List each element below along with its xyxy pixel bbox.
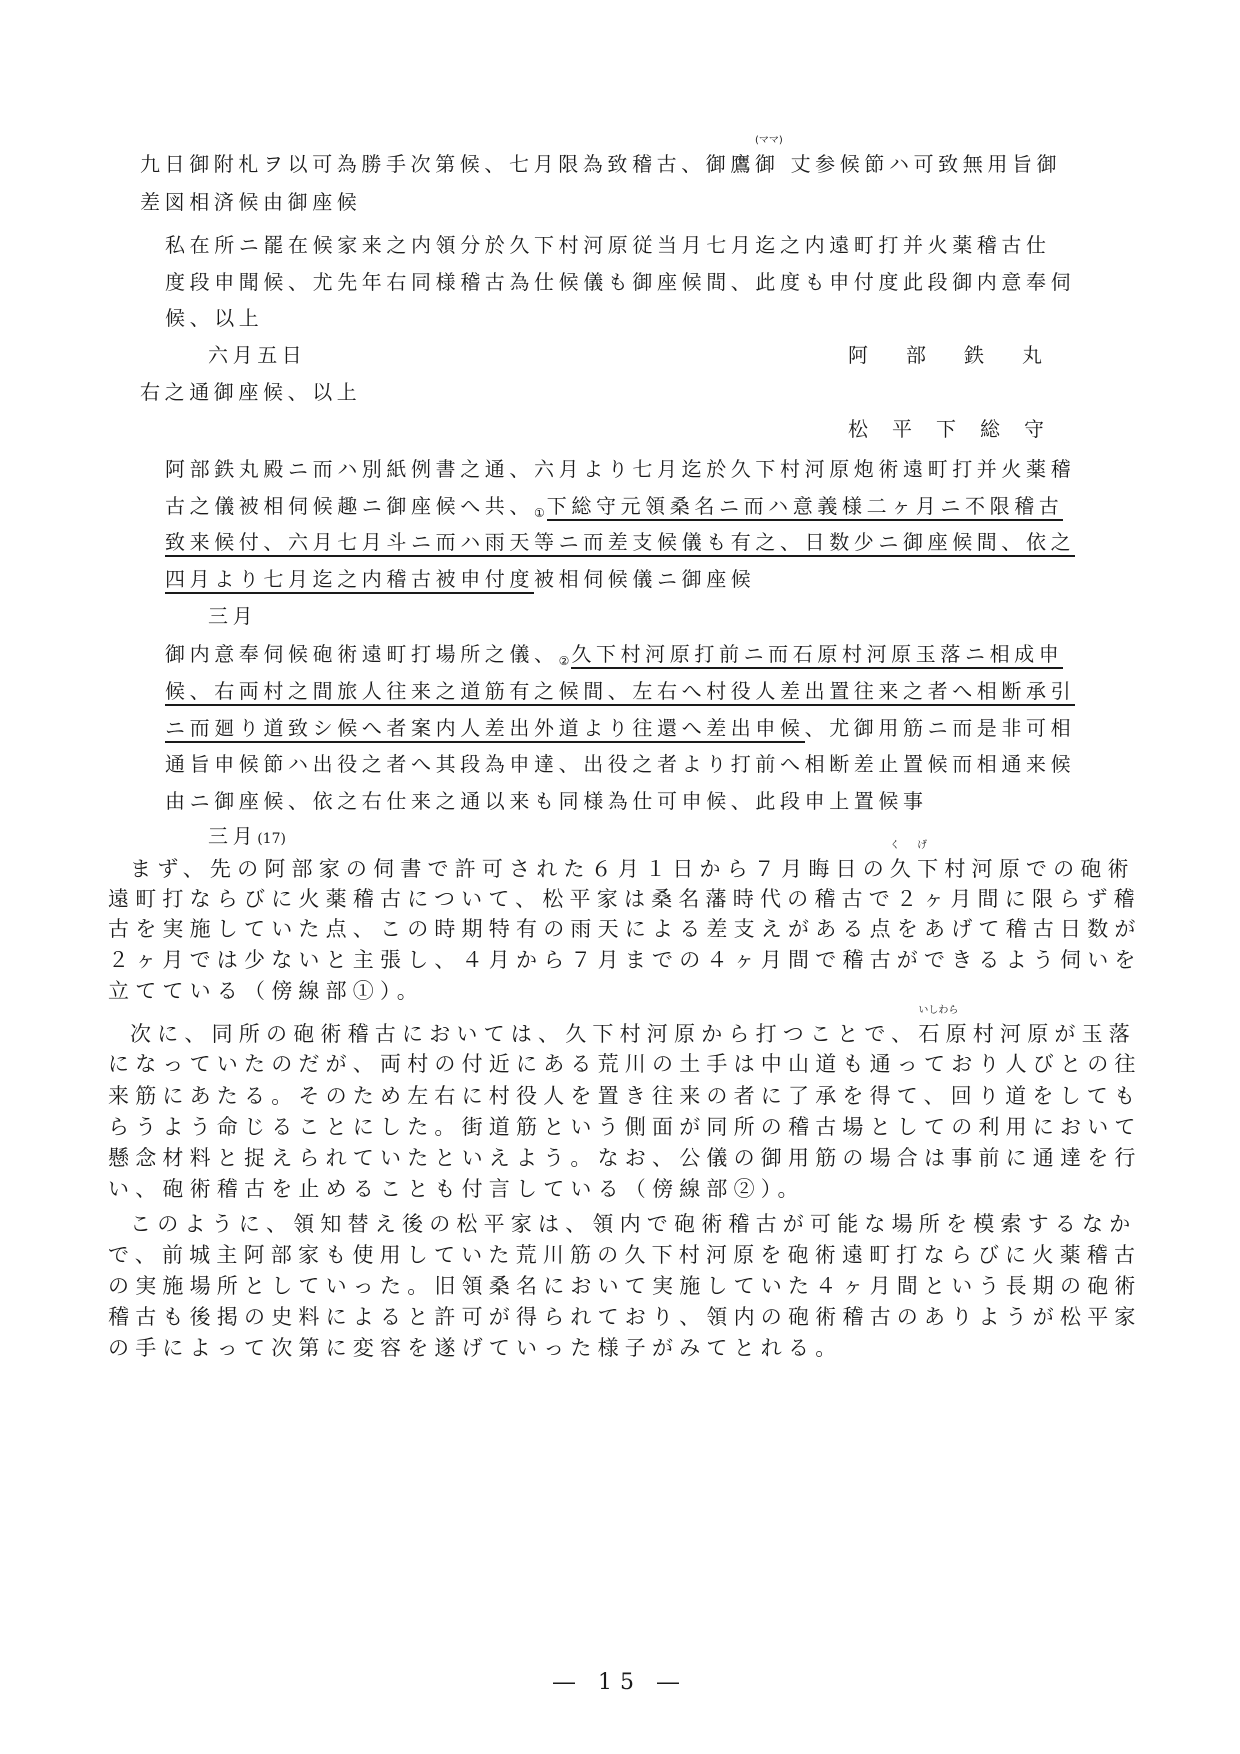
commentary-p2-line-5: 懸念材料と捉えられていたといえよう。なお、公儀の御用筋の場合は事前に通達を行 bbox=[108, 1144, 1142, 1172]
underlined-passage-2a: 久下村河原打前ニ而石原村河原玉落ニ相成申 bbox=[571, 642, 1063, 669]
ruby-mama: (ママ)御 bbox=[755, 150, 780, 178]
source-line-13: ニ而廻り道致シ候へ者案内人差出外道より往還へ差出申候、尤御用筋ニ而是非可相 bbox=[165, 714, 1075, 742]
commentary-p1-line-1: まず、先の阿部家の伺書で許可された６月１日から７月晦日のく久げ下村河原での砲術 bbox=[130, 855, 1135, 883]
source-line-6: 右之通御座候、以上 bbox=[140, 378, 361, 406]
source-line-14: 通旨申候節ハ出役之者へ其段為申達、出役之者より打前へ相断差止置候而相通来候 bbox=[165, 750, 1075, 778]
source-line-10: 四月より七月迄之内稽古被申付度被相伺候儀ニ御座候 bbox=[165, 565, 755, 593]
commentary-p3-line-3: の実施場所としていった。旧領桑名において実施していた４ヶ月間という長期の砲術 bbox=[108, 1272, 1142, 1300]
commentary-p2-line-2: になっていたのだが、両村の付近にある荒川の土手は中山道も通っており人びとの往 bbox=[108, 1050, 1142, 1078]
commentary-p3-line-2: で、前城主阿部家も使用していた荒川筋の久下村河原を砲術遠町打ならびに火薬稽古 bbox=[108, 1241, 1141, 1269]
commentary-p2-line-3: 来筋にあたる。そのため左右に村役人を置き往来の者に了承を得て、回り道をしても bbox=[108, 1082, 1141, 1110]
source-line-8: 古之儀被相伺候趣ニ御座候へ共、①下総守元領桑名ニ而ハ意義様二ヶ月ニ不限稽古 bbox=[165, 492, 1063, 527]
source-line-9: 致来候付、六月七月斗ニ而ハ雨天等ニ而差支候儀も有之、日数少ニ御座候間、依之 bbox=[165, 528, 1075, 556]
commentary-p3-line-5: の手によって次第に変容を遂げていった様子がみてとれる。 bbox=[108, 1334, 842, 1362]
underline-marker-1: ① bbox=[534, 506, 545, 520]
source-line-3: 私在所ニ罷在候家来之内領分於久下村河原従当月七月迄之内遠町打并火薬稽古仕 bbox=[165, 231, 1051, 259]
commentary-p1-line-5: 立てている（傍線部①）。 bbox=[108, 977, 424, 1005]
commentary-p2-line-6: い、砲術稽古を止めることも付言している（傍線部②）。 bbox=[108, 1175, 805, 1203]
commentary-p3-line-1: このように、領知替え後の松平家は、領内で砲術稽古が可能な場所を模索するなか bbox=[130, 1210, 1136, 1238]
source-line-1: 九日御附札ヲ以可為勝手次第候、七月限為致稽古、御鷹(ママ)御 丈参候節ハ可致無用… bbox=[140, 150, 1061, 178]
source-line-11: 御内意奉伺候砲術遠町打場所之儀、②久下村河原打前ニ而石原村河原玉落ニ相成申 bbox=[165, 640, 1063, 675]
commentary-p1-line-2: 遠町打ならびに火薬稽古について、松平家は桑名藩時代の稽古で２ヶ月間に限らず稽 bbox=[108, 885, 1141, 913]
date-march-1: 三月 bbox=[208, 602, 257, 630]
footnote-ref: (17) bbox=[257, 831, 286, 847]
page-number: ― 15 ― bbox=[0, 1670, 1240, 1695]
commentary-p3-line-4: 稽古も後掲の史料によると許可が得られており、領内の砲術稽古のありようが松平家 bbox=[108, 1303, 1142, 1331]
underlined-passage-2c: ニ而廻り道致シ候へ者案内人差出外道より往還へ差出申候 bbox=[165, 716, 805, 743]
date-march-2: 三月(17) bbox=[208, 822, 286, 853]
underline-marker-2: ② bbox=[559, 654, 570, 668]
commentary-p2-line-4: らうよう命じることにした。街道筋という側面が同所の稽古場としての利用において bbox=[108, 1113, 1142, 1141]
date-june-5: 六月五日 bbox=[208, 341, 306, 369]
underlined-passage-2b: 候、右両村之間旅人往来之道筋有之候間、左右へ村役人差出置往来之者へ相断承引 bbox=[165, 679, 1075, 706]
signature-matsudaira: 松平下総守 bbox=[848, 415, 1068, 443]
commentary-p1-line-4: ２ヶ月では少ないと主張し、４月から７月までの４ヶ月間で稽古ができるよう伺いを bbox=[108, 946, 1142, 974]
source-line-2: 差図相済候由御座候 bbox=[140, 188, 361, 216]
underlined-passage-1c: 四月より七月迄之内稽古被申付度 bbox=[165, 567, 534, 594]
source-line-7: 阿部鉄丸殿ニ而ハ別紙例書之通、六月より七月迄於久下村河原炮術遠町打并火薬稽 bbox=[165, 455, 1075, 483]
source-line-5: 候、以上 bbox=[165, 304, 263, 332]
commentary-p1-line-3: 古を実施していた点、この時期特有の雨天による差支えがある点をあげて稽古日数が bbox=[108, 915, 1142, 943]
underlined-passage-1b: 致来候付、六月七月斗ニ而ハ雨天等ニ而差支候儀も有之、日数少ニ御座候間、依之 bbox=[165, 530, 1075, 557]
source-line-4: 度段申聞候、尤先年右同様稽古為仕候儀も御座候間、此度も申付度此段御内意奉伺 bbox=[165, 268, 1075, 296]
signature-abe: 阿部鉄丸 bbox=[848, 341, 1080, 369]
source-line-12: 候、右両村之間旅人往来之道筋有之候間、左右へ村役人差出置往来之者へ相断承引 bbox=[165, 677, 1075, 705]
underlined-passage-1a: 下総守元領桑名ニ而ハ意義様二ヶ月ニ不限稽古 bbox=[547, 494, 1064, 521]
source-line-15: 由ニ御座候、依之右仕来之通以来も同様為仕可申候、此段申上置候事 bbox=[165, 787, 928, 815]
commentary-p2-line-1: 次に、同所の砲術稽古においては、久下村河原から打つことで、いしわら石原村河原が玉… bbox=[130, 1020, 1136, 1048]
